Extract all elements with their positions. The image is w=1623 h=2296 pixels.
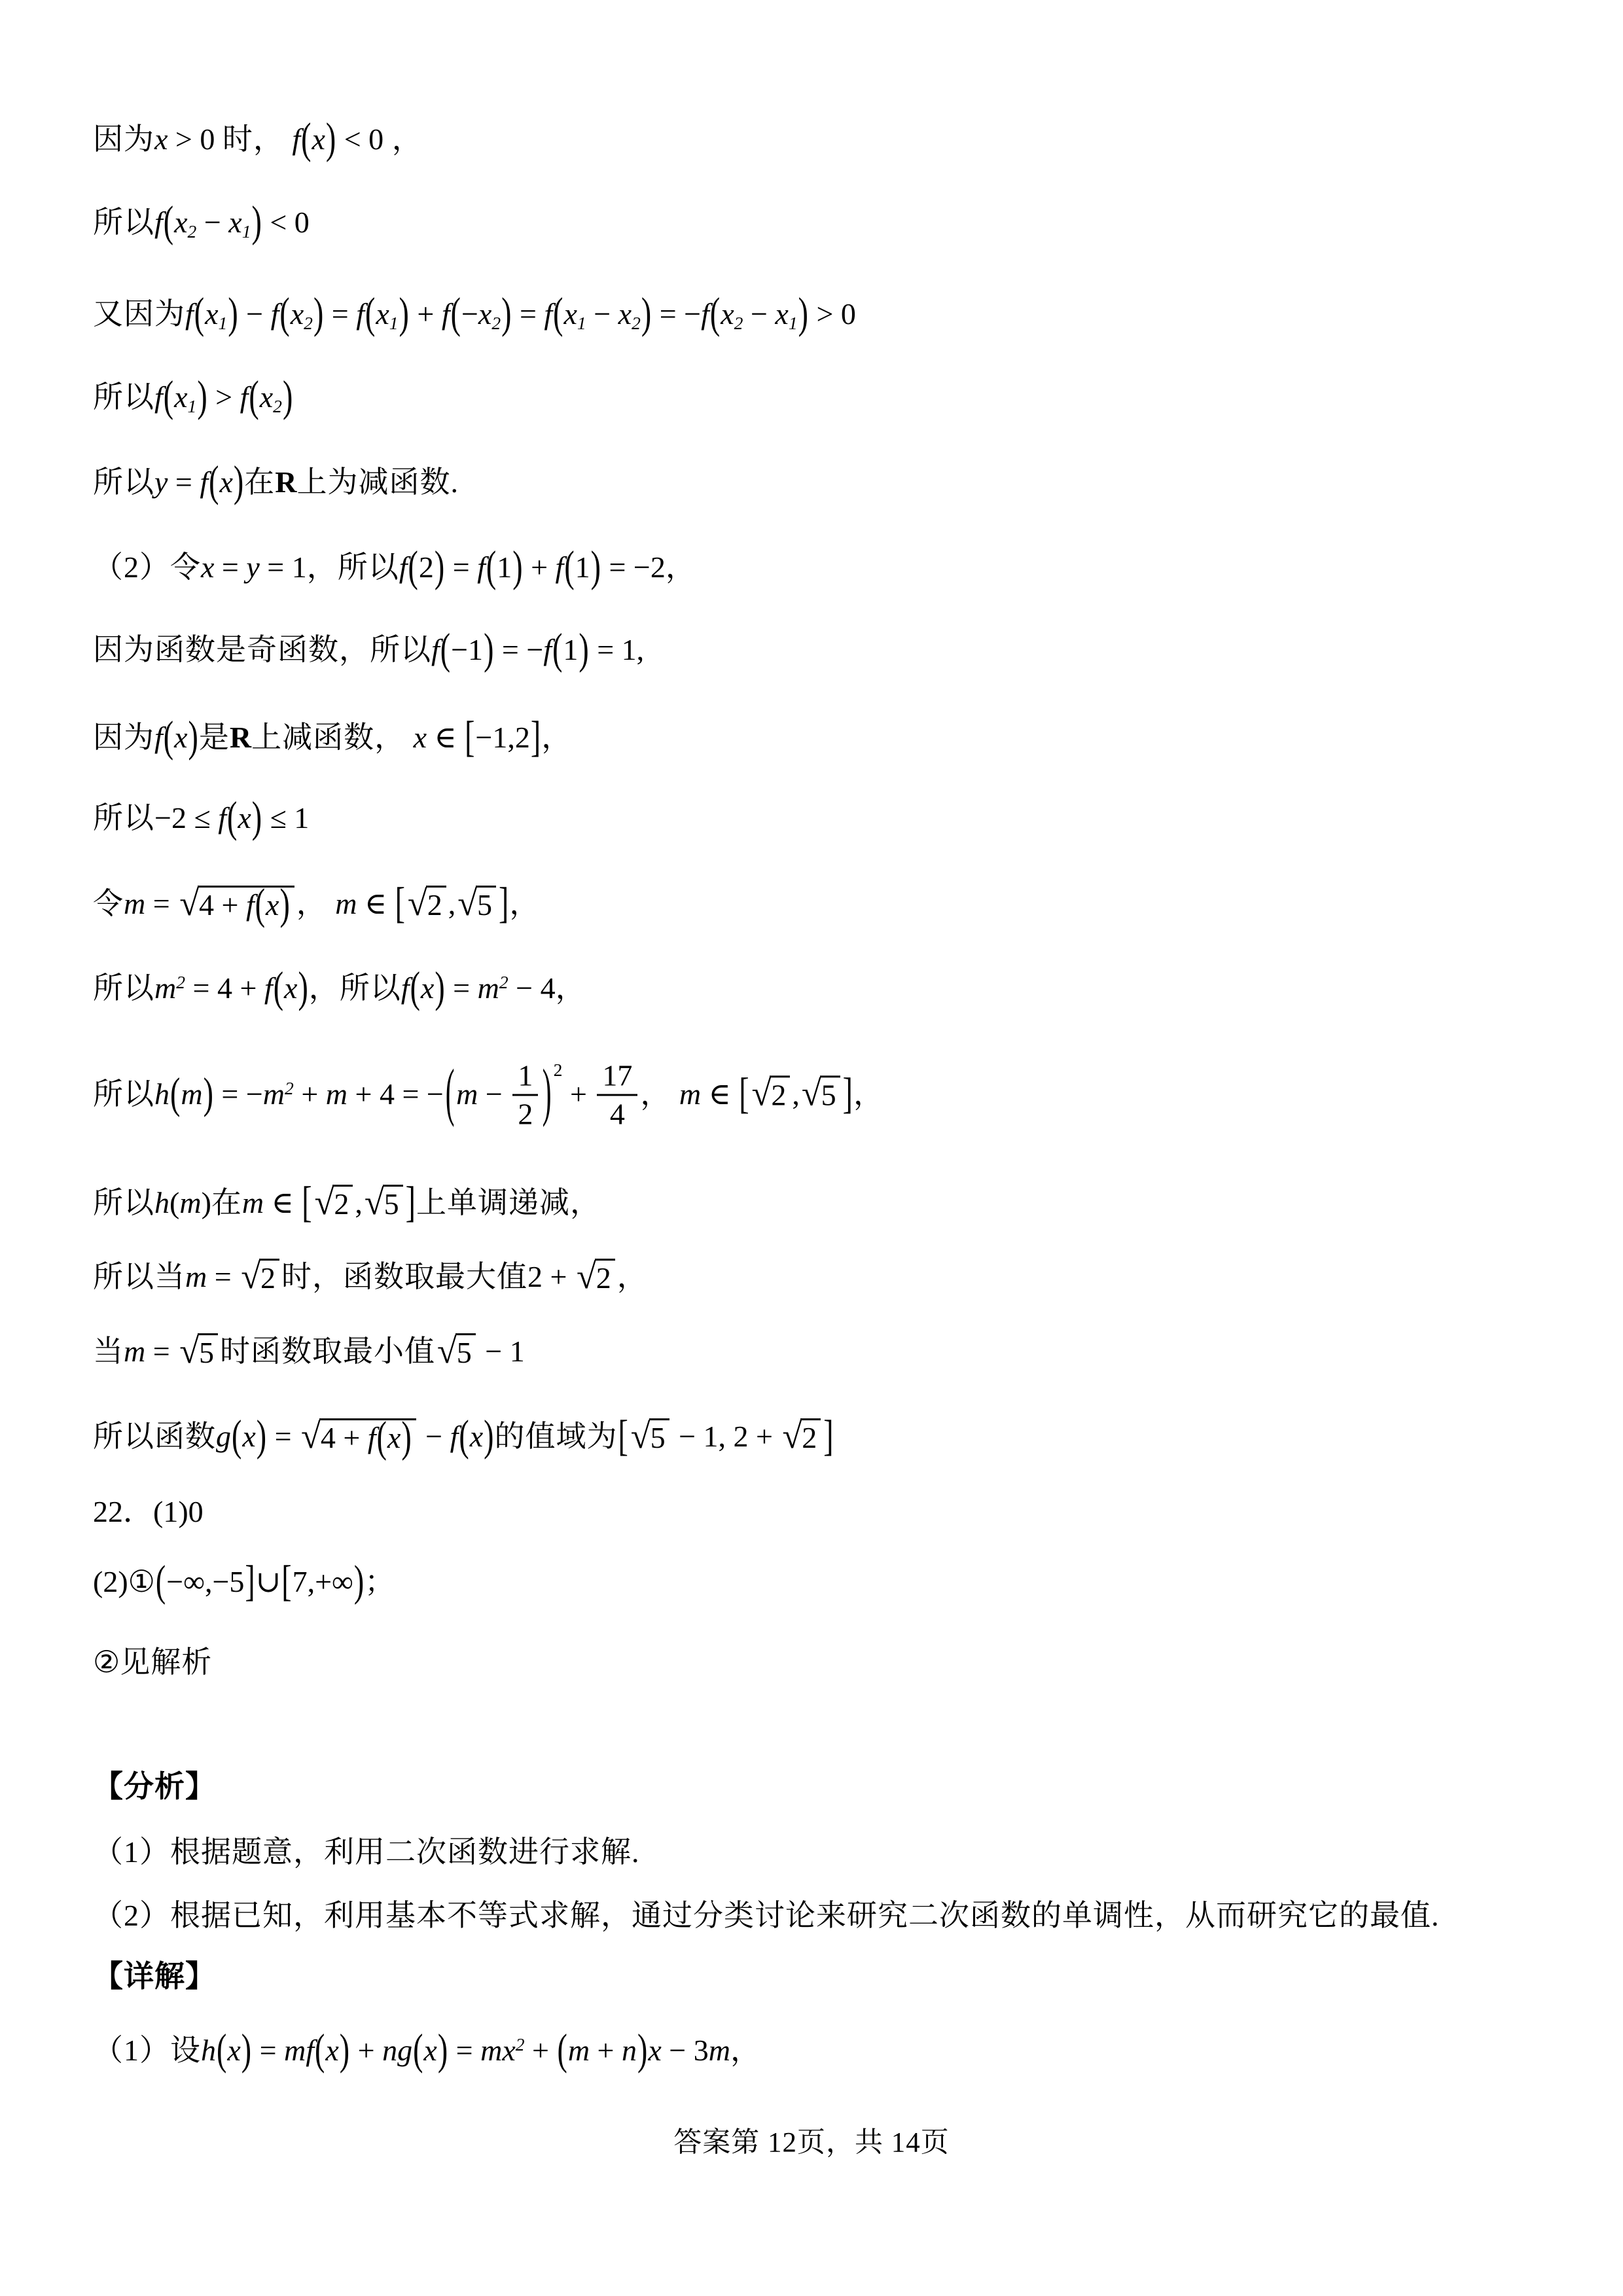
math-run: x: [387, 1421, 401, 1454]
text-run: 所以当: [93, 1260, 185, 1293]
math-run: x: [470, 1420, 483, 1453]
math-run: f: [154, 721, 163, 754]
tall-bracket: ): [541, 1050, 552, 1134]
radicand: 5: [198, 1333, 218, 1371]
tall-bracket: ): [251, 789, 262, 846]
math-run: x: [421, 971, 434, 1005]
math-run: R: [275, 465, 296, 499]
math-run: −: [196, 206, 228, 239]
math-run: 5: [821, 1079, 836, 1112]
math-run: 4 +: [199, 888, 246, 922]
radical-sign-icon: √: [577, 1259, 596, 1294]
math-run: ng: [382, 2034, 412, 2067]
tall-bracket: ): [641, 285, 652, 342]
radical-sign-icon: √: [782, 1418, 802, 1454]
math-run: f: [543, 633, 552, 666]
math-run: h: [154, 1077, 169, 1111]
tall-bracket: ]: [244, 1552, 255, 1609]
math-run: m: [124, 887, 145, 920]
math-run: f: [477, 550, 486, 584]
text-run: ，: [296, 887, 336, 920]
math-run: f: [399, 550, 408, 584]
math-run: f: [701, 297, 709, 331]
text-run: 所以: [93, 971, 154, 1005]
math-run: +: [410, 297, 442, 331]
math-run: m: [335, 887, 357, 920]
tall-bracket: ): [578, 620, 589, 677]
math-run: =: [445, 550, 477, 584]
text-run: 上减函数，: [251, 721, 414, 754]
math-run: f: [185, 297, 194, 331]
denominator: 2: [512, 1096, 538, 1129]
math-run: 1: [575, 550, 590, 584]
math-run: y: [246, 550, 259, 584]
text-run: ，所以: [309, 971, 401, 1005]
math-run: (: [169, 1186, 179, 1219]
tall-bracket: (: [300, 110, 312, 167]
text-run: 因为函数是奇函数，所以: [93, 633, 431, 666]
math-run: =: [512, 297, 544, 331]
math-run: + 4 = −: [348, 1077, 444, 1111]
radical: √5: [802, 1076, 840, 1115]
math-run: x: [201, 550, 214, 584]
radical-sign-icon: √: [437, 1333, 457, 1369]
tall-bracket: ): [227, 285, 238, 342]
math-run: = −: [652, 297, 701, 331]
math-run: mf: [284, 2034, 314, 2067]
math-run: g: [216, 1420, 231, 1453]
math-run: = 1: [260, 550, 307, 584]
text-run: 在: [244, 465, 275, 499]
math-run: ,: [355, 1186, 363, 1219]
radical-sign-icon: √: [457, 886, 477, 921]
text-run: 所以: [93, 465, 154, 499]
radicand: 4 + f(x): [319, 1418, 416, 1456]
math-run: −: [478, 1077, 510, 1111]
tall-bracket: ): [437, 2021, 448, 2078]
tall-bracket: ]: [498, 874, 509, 931]
tall-bracket: ): [339, 2021, 350, 2078]
solution-line-24: （1）设h(x) = mf(x) + ng(x) = mx2 + (m + n)…: [93, 2031, 1571, 2070]
math-run: f: [442, 297, 450, 331]
text-run: 【分析】: [93, 1770, 216, 1803]
math-run: m: [326, 1077, 348, 1111]
math-run: ∈: [357, 887, 395, 920]
tall-bracket: ): [256, 1407, 267, 1464]
text-run: 时，函数取最大值: [281, 1260, 527, 1293]
math-run: x2: [291, 297, 313, 331]
math-run: −: [461, 297, 478, 331]
math-run: +: [524, 550, 556, 584]
math-run: f: [356, 297, 365, 331]
math-run: h: [201, 2034, 216, 2067]
math-run: 2: [596, 1261, 611, 1295]
math-run: 2: [427, 888, 442, 922]
math-run: − 4: [508, 971, 556, 1005]
tall-bracket: ): [251, 193, 262, 250]
page-footer-text: 答案第 12页，共 14页: [673, 2128, 950, 2159]
math-run: h: [154, 1186, 169, 1219]
solution-line-2: 所以f(x2 − x1) < 0: [93, 203, 1571, 242]
math-run: x: [423, 2034, 437, 2067]
tall-bracket: ): [353, 1552, 365, 1609]
math-run: 2: [260, 1261, 276, 1295]
text-run: ，: [556, 971, 586, 1005]
math-run: x1: [775, 297, 797, 331]
math-run: 5: [199, 1336, 214, 1369]
math-run: m: [709, 2034, 730, 2067]
radical-sign-icon: √: [179, 1333, 199, 1369]
tall-bracket: ): [434, 538, 445, 595]
text-run: 见解析: [120, 1645, 212, 1679]
tall-bracket: (: [255, 880, 266, 930]
radicand: 2: [332, 1185, 353, 1222]
fraction: 174: [597, 1060, 637, 1129]
math-run: −: [586, 297, 618, 331]
tall-bracket: (: [216, 2021, 227, 2078]
math-run: f: [154, 380, 163, 414]
math-run: = −: [214, 1077, 263, 1111]
text-run: ，所以: [307, 550, 399, 584]
math-run: m: [124, 1335, 145, 1368]
math-run: f: [246, 888, 255, 922]
tall-bracket: (: [444, 1050, 455, 1134]
radical-sign-icon: √: [179, 886, 199, 921]
radical-sign-icon: √: [408, 886, 427, 921]
tall-bracket: (: [440, 620, 451, 677]
radical-sign-icon: √: [241, 1259, 260, 1294]
math-run: =: [252, 2034, 284, 2067]
text-run: 令: [93, 887, 124, 920]
text-run: 所以: [93, 380, 154, 414]
math-run: = −2: [601, 550, 666, 584]
text-run: （1）设: [93, 2034, 201, 2067]
math-run: x: [242, 1420, 255, 1453]
math-run: x: [174, 721, 187, 754]
tall-bracket: ): [483, 1407, 494, 1464]
math-run: =: [267, 1420, 299, 1453]
radicand: 5: [383, 1185, 403, 1222]
solution-line-23: 【详解】: [93, 1957, 1571, 1996]
radical: √2: [752, 1076, 791, 1115]
tall-bracket: (: [410, 959, 421, 1016]
text-run: 又因为: [93, 297, 185, 331]
math-run: f: [556, 550, 564, 584]
math-run: ,: [792, 1077, 800, 1111]
solution-line-9: 所以−2 ≤ f(x) ≤ 1: [93, 798, 1571, 838]
tall-bracket: (: [163, 193, 174, 250]
tall-bracket: [: [617, 1407, 628, 1464]
math-run: 2 +: [527, 1260, 575, 1293]
math-run: x: [648, 2034, 661, 2067]
math-run: x1: [205, 297, 227, 331]
tall-bracket: ): [590, 538, 601, 595]
radical: √5: [631, 1418, 669, 1458]
tall-bracket: (: [556, 2021, 567, 2078]
math-run: =: [145, 1335, 177, 1368]
radicand: 5: [649, 1418, 669, 1456]
math-run: 2: [334, 1187, 349, 1221]
tall-bracket: ): [325, 110, 336, 167]
radical: √4 + f(x): [301, 1418, 416, 1458]
text-run: 是: [199, 721, 230, 754]
tall-bracket: (: [552, 620, 563, 677]
math-run: f: [450, 1420, 459, 1453]
tall-bracket: [: [281, 1552, 292, 1609]
math-run: m: [179, 1186, 201, 1219]
solution-line-14: 所以当m = √2时，函数取最大值2 + √2，: [93, 1257, 1571, 1299]
math-run: 1: [518, 1058, 533, 1092]
math-run: > 0: [809, 297, 856, 331]
math-run: x1: [376, 297, 398, 331]
math-run: x1: [228, 206, 251, 239]
math-run: m2: [154, 971, 185, 1005]
math-run: < 0: [336, 122, 383, 156]
math-run: m: [456, 1077, 478, 1111]
tall-bracket: (: [314, 2021, 325, 2078]
math-run: m2: [263, 1077, 294, 1111]
radicand: 5: [455, 1333, 476, 1371]
tall-bracket: ): [196, 368, 207, 425]
tall-bracket: (: [231, 1407, 242, 1464]
text-run: 上单调递减，: [416, 1186, 601, 1219]
solution-line-22: （2）根据已知，利用基本不等式求解，通过分类讨论来研究二次函数的单调性，从而研究…: [93, 1896, 1571, 1935]
radical-sign-icon: √: [752, 1076, 772, 1111]
math-run: x1: [564, 297, 586, 331]
text-run: 时函数取最小值: [220, 1335, 435, 1368]
radicand: 2: [426, 886, 446, 923]
tall-bracket: (: [155, 1552, 166, 1609]
math-run: =: [145, 887, 177, 920]
solution-line-15: 当m = √5时函数取最小值√5 − 1: [93, 1332, 1571, 1374]
math-run: 2: [802, 1421, 817, 1454]
solution-line-21: （1）根据题意，利用二次函数进行求解.: [93, 1833, 1571, 1872]
math-run: 4: [610, 1097, 625, 1130]
tall-bracket: (: [412, 2021, 423, 2078]
solution-line-13: 所以h(m)在m ∈ [√2,√5]上单调递减，: [93, 1183, 1571, 1225]
math-run: +: [562, 1077, 594, 1111]
math-run: f: [271, 297, 279, 331]
math-run: x: [325, 2034, 338, 2067]
math-run: y: [154, 465, 168, 499]
math-run: ∪: [256, 1565, 281, 1598]
tall-bracket: (: [486, 538, 497, 595]
radical-sign-icon: √: [802, 1076, 821, 1111]
text-run: 因为: [93, 721, 154, 754]
tall-bracket: (: [226, 789, 238, 846]
text-run: （2）根据已知，利用基本不等式求解，通过分类讨论来研究二次函数的单调性，从而研究…: [93, 1899, 1440, 1932]
text-run: ，: [666, 550, 696, 584]
math-run: 1: [563, 633, 578, 666]
tall-bracket: ): [233, 453, 244, 510]
tall-bracket: [: [464, 708, 475, 765]
math-run: x2: [478, 297, 501, 331]
math-run: =: [324, 297, 356, 331]
radical: √2: [577, 1259, 615, 1298]
tall-bracket: ): [188, 708, 199, 765]
math-run: =: [446, 971, 478, 1005]
tall-bracket: (: [194, 285, 205, 342]
radicand: 2: [800, 1418, 821, 1456]
solution-line-4: 所以f(x1) > f(x2): [93, 378, 1571, 417]
math-run: f: [544, 297, 552, 331]
radical: √2: [315, 1185, 353, 1224]
radical: √5: [179, 1333, 218, 1372]
text-run: 上为减函数.: [296, 465, 459, 499]
tall-bracket: ): [501, 285, 512, 342]
text-run: （2）令: [93, 550, 201, 584]
math-run: m: [242, 1186, 264, 1219]
solution-line-11: 所以m2 = 4 + f(x)，所以f(x) = m2 − 4，: [93, 969, 1571, 1008]
tall-bracket: ): [313, 285, 324, 342]
math-run: x: [227, 2034, 240, 2067]
radical-sign-icon: √: [631, 1418, 651, 1454]
math-run: −1: [451, 633, 483, 666]
math-run: m: [679, 1077, 701, 1111]
tall-bracket: (: [273, 959, 284, 1016]
radicand: 5: [820, 1076, 840, 1113]
tall-bracket: ): [401, 1412, 412, 1463]
math-run: − 1, 2 +: [671, 1420, 781, 1453]
tall-bracket: (: [552, 285, 563, 342]
math-run: f: [154, 206, 163, 239]
math-run: 2: [771, 1079, 786, 1112]
math-run: ): [202, 1186, 211, 1219]
math-run: 17: [602, 1058, 632, 1092]
tall-bracket: (: [408, 538, 419, 595]
radicand: 4 + f(x): [198, 886, 294, 923]
solution-line-7: 因为函数是奇函数，所以f(−1) = −f(1) = 1,: [93, 630, 1571, 670]
math-run: 1: [497, 550, 512, 584]
tall-bracket: [: [301, 1174, 312, 1230]
math-run: x2: [260, 380, 282, 414]
radical: √5: [437, 1333, 476, 1372]
text-run: （1）根据题意，利用二次函数进行求解.: [93, 1835, 640, 1869]
denominator: 4: [597, 1096, 637, 1129]
radical: √2: [408, 886, 446, 925]
math-run: 5: [477, 888, 492, 922]
tall-bracket: ): [282, 368, 293, 425]
math-run: m: [181, 1077, 202, 1111]
math-run: =: [207, 1260, 239, 1293]
text-run: 所以: [93, 801, 154, 834]
math-run: m2: [478, 971, 508, 1005]
text-run: 的值域为: [494, 1420, 617, 1453]
radical-sign-icon: √: [301, 1418, 321, 1454]
text-run: 所以: [93, 1077, 154, 1111]
math-run: −: [743, 297, 775, 331]
text-run: ，: [853, 1077, 884, 1111]
math-run: 7,+∞: [293, 1565, 353, 1598]
math-run: 5: [384, 1187, 399, 1221]
math-run: − 3: [662, 2034, 709, 2067]
math-run: −∞,−5: [166, 1565, 244, 1598]
text-run: 时，: [223, 122, 293, 156]
math-run: +: [350, 2034, 382, 2067]
radicand: 2: [770, 1076, 790, 1113]
radical: √2: [241, 1259, 279, 1298]
math-run: f: [292, 122, 300, 156]
tall-bracket: ]: [842, 1065, 853, 1122]
radicand: 2: [595, 1259, 615, 1296]
text-run: ，: [383, 122, 423, 156]
math-run: 22．(1)0: [93, 1495, 204, 1528]
math-run: ∈: [427, 721, 464, 754]
text-run: ，: [541, 721, 572, 754]
text-run: ，: [640, 1077, 679, 1111]
math-run: f: [431, 633, 440, 666]
math-run: m: [185, 1260, 207, 1293]
radical: √2: [782, 1418, 821, 1458]
math-run: x: [238, 801, 251, 834]
radical-sign-icon: √: [315, 1185, 334, 1220]
text-run: ，: [730, 2034, 761, 2067]
tall-bracket: (: [163, 708, 174, 765]
math-run: x2: [174, 206, 196, 239]
math-run: x: [312, 122, 325, 156]
solution-line-16: 所以函数g(x) = √4 + f(x) − f(x)的值域为[√5 − 1, …: [93, 1417, 1571, 1459]
math-run: = −: [494, 633, 543, 666]
math-run: < 0: [262, 206, 310, 239]
solution-line-18: (2)①(−∞,−5]∪[7,+∞)；: [93, 1562, 1571, 1602]
radical: √5: [365, 1185, 403, 1224]
text-run: 所以: [93, 206, 154, 239]
tall-bracket: (: [208, 453, 219, 510]
tall-bracket: ): [399, 285, 410, 342]
solution-line-12: 所以h(m) = −m2 + m + 4 = −(m − 12)2 + 174，…: [93, 1058, 1571, 1132]
math-run: x: [266, 888, 279, 922]
math-run: x2: [618, 297, 641, 331]
math-run: f: [264, 971, 273, 1005]
tall-bracket: ): [798, 285, 809, 342]
math-run: 4 +: [321, 1421, 368, 1454]
math-run: ∈: [264, 1186, 301, 1219]
math-run: 5: [651, 1421, 666, 1454]
math-run: R: [230, 721, 251, 754]
radicand: 2: [259, 1259, 279, 1296]
solution-line-8: 因为f(x)是R上减函数， x ∈ [−1,2]，: [93, 718, 1571, 757]
math-run: f: [240, 380, 249, 414]
solution-line-17: 22．(1)0: [93, 1492, 1571, 1532]
numerator: 17: [597, 1060, 637, 1096]
math-run: −2 ≤: [154, 801, 218, 834]
text-run: 在: [211, 1186, 242, 1219]
tall-bracket: ]: [530, 708, 541, 765]
math-run: m: [568, 2034, 590, 2067]
math-run: x: [414, 721, 427, 754]
math-run: 2: [419, 550, 434, 584]
math-run: x2: [721, 297, 743, 331]
math-run: (2)①: [93, 1565, 155, 1598]
solution-line-10: 令m = √4 + f(x)， m ∈ [√2,√5]，: [93, 884, 1571, 926]
math-run: =: [214, 550, 246, 584]
text-run: 所以函数: [93, 1420, 216, 1453]
math-run: ∈: [701, 1077, 738, 1111]
radical-sign-icon: √: [365, 1185, 384, 1220]
tall-bracket: ): [483, 620, 494, 677]
tall-bracket: (: [163, 368, 174, 425]
tall-bracket: (: [279, 285, 290, 342]
math-run: − 1: [478, 1335, 525, 1368]
solution-line-5: 所以y = f(x)在R上为减函数.: [93, 463, 1571, 502]
tall-bracket: ]: [405, 1174, 416, 1230]
text-run: 所以: [93, 1186, 154, 1219]
tall-bracket: [: [395, 874, 406, 931]
text-run: 【详解】: [93, 1960, 216, 1993]
solution-line-3: 又因为f(x1) − f(x2) = f(x1) + f(−x2) = f(x1…: [93, 295, 1571, 334]
document-page: 因为x > 0 时， f(x) < 0 ，所以f(x2 − x1) < 0又因为…: [0, 0, 1623, 2296]
math-run: f: [218, 801, 226, 834]
